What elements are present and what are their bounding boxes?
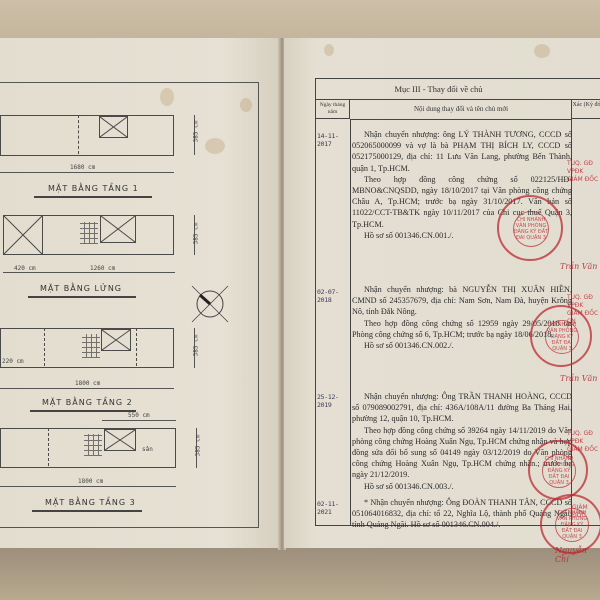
dimension-top: 550 cm (128, 412, 150, 419)
plan-title: MẶT BẰNG TẦNG 1 (48, 184, 139, 193)
plan-title: MẶT BẰNG TẦNG 2 (42, 398, 133, 407)
header-content: Nội dung thay đổi và tên chủ mới (351, 99, 571, 120)
entry-date: 14-11-2017 (317, 132, 351, 148)
title-underline (28, 296, 136, 298)
void-cross-icon (104, 429, 136, 451)
section-title: Mục III - Thay đổi về chủ (316, 79, 600, 100)
dimension-line (102, 420, 176, 421)
dimension-length: 420 cm (14, 265, 36, 272)
title-underline (34, 196, 152, 198)
entry-paragraph: Nhận chuyển nhượng: ông LÝ THÀNH TƯƠNG, … (352, 129, 572, 174)
dimension-length: 1680 cm (70, 164, 95, 171)
plan-divider (48, 428, 49, 466)
dimension-width: 385 cm (192, 335, 199, 357)
dimension-line (3, 272, 175, 273)
desk-background-bottom (0, 548, 600, 600)
official-seal-icon: CHI NHÁNH VĂN PHÒNG ĐĂNG KÝ ĐẤT ĐAI QUẬN… (497, 195, 563, 261)
dimension-side: 220 cm (2, 358, 24, 365)
dimension-width: 385 cm (192, 223, 199, 245)
paper-stain (324, 44, 334, 56)
void-cross-icon (3, 215, 43, 255)
plan-divider (78, 115, 79, 154)
dimension-length: 1260 cm (90, 265, 115, 272)
dimension-length: 1800 cm (78, 478, 103, 485)
title-underline (30, 410, 136, 412)
dimension-width: 385 cm (194, 435, 201, 457)
stairs-icon (82, 334, 100, 358)
dimension-line (0, 172, 174, 173)
courtyard-label: sân (142, 446, 153, 453)
plan-outline (0, 115, 174, 156)
dimension-width: 385 cm (192, 121, 199, 143)
column-divider (350, 119, 351, 525)
north-arrow-icon (188, 282, 232, 326)
stamp-header: TUQ. GĐ VPĐK GIÁM ĐỐC (567, 160, 600, 184)
plan-divider (136, 328, 137, 366)
plan-divider (44, 328, 45, 366)
official-seal-icon: CHI NHÁNH VĂN PHÒNG ĐĂNG KÝ ĐẤT ĐAI QUẬN… (540, 494, 600, 554)
header-date: Ngày tháng năm (316, 99, 350, 119)
entry-paragraph: * Nhận chuyển nhượng: Ông ĐOÀN THANH TÂN… (352, 497, 572, 531)
signature: Nguyễn Chí (555, 546, 600, 564)
stairs-icon (80, 222, 98, 244)
header-confirm: Xác (Ký đó (571, 99, 600, 119)
void-cross-icon (100, 215, 136, 243)
signature: Trần Văn (560, 262, 597, 271)
signature: Trần Văn (560, 374, 597, 383)
entry-content: * Nhận chuyển nhượng: Ông ĐOÀN THANH TÂN… (352, 497, 572, 531)
dimension-line (0, 486, 176, 487)
void-cross-icon (101, 329, 131, 351)
dimension-length: 1800 cm (75, 380, 100, 387)
entry-date: 02-11-2021 (317, 500, 351, 516)
entry-date: 02-07-2018 (317, 288, 351, 304)
entry-paragraph: Nhận chuyển nhượng: Ông TRẦN THANH HOÀNG… (352, 391, 572, 425)
official-seal-icon: CHI NHÁNH VĂN PHÒNG ĐĂNG KÝ ĐẤT ĐAI QUẬN… (528, 440, 588, 500)
desk-background-top (0, 0, 600, 40)
paper-stain (534, 44, 550, 58)
entry-date: 25-12-2019 (317, 393, 351, 409)
dimension-line (0, 388, 174, 389)
title-underline (32, 510, 142, 512)
plan-title: MẶT BẰNG LỬNG (40, 284, 122, 293)
void-cross-icon (99, 116, 128, 138)
official-seal-icon: CHI NHÁNH VĂN PHÒNG ĐĂNG KÝ ĐẤT ĐAI QUẬN… (530, 305, 592, 367)
plan-title: MẶT BẰNG TẦNG 3 (45, 498, 136, 507)
stairs-icon (84, 434, 102, 456)
